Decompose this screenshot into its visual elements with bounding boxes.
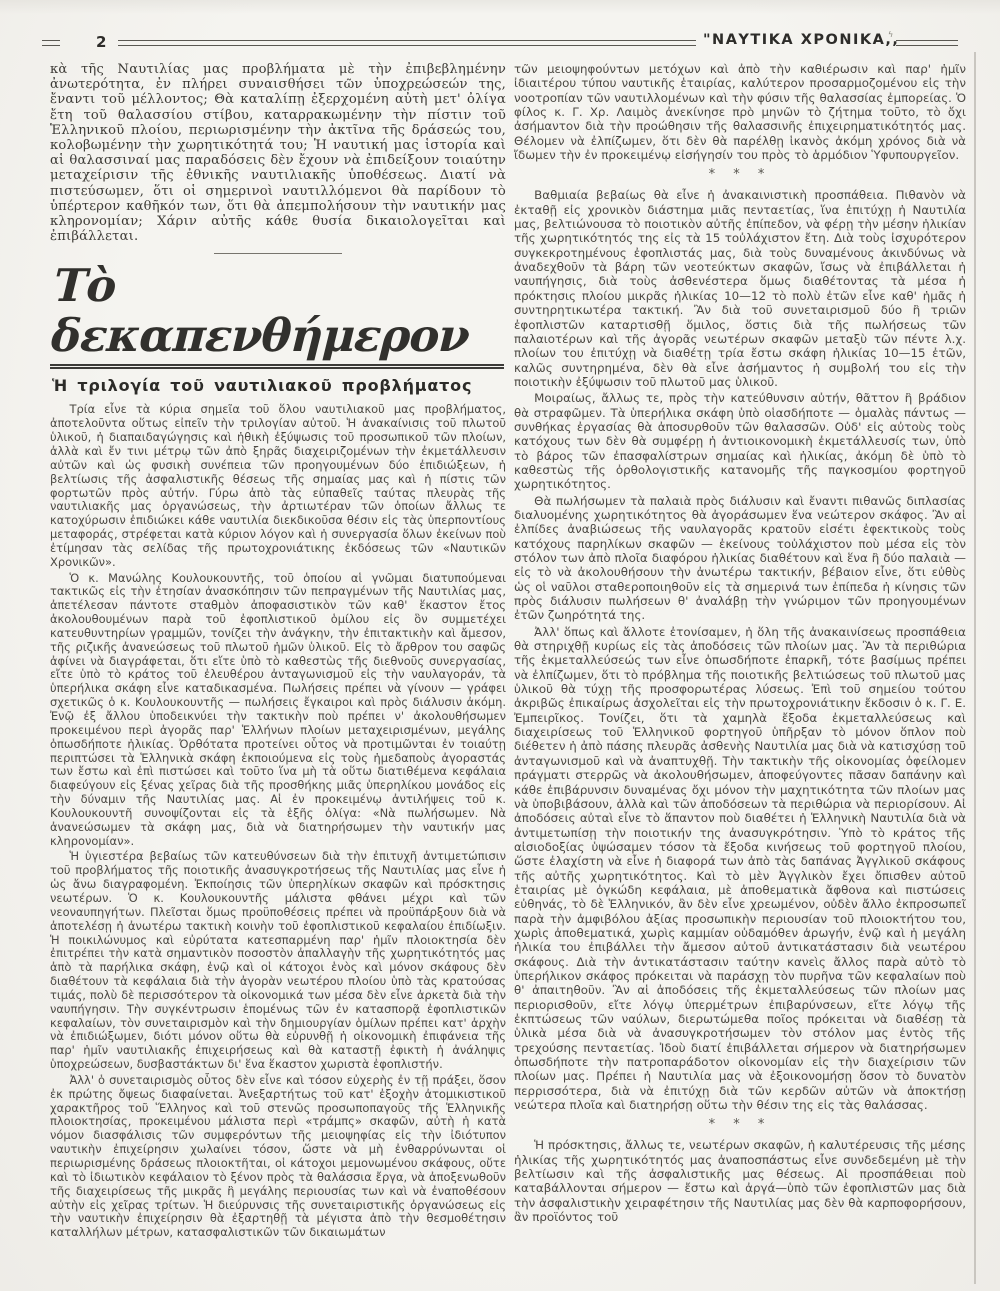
article-paragraph: Θὰ πωλήσωμεν τὰ παλαιὰ πρὸς διάλυσιν καὶ…: [514, 494, 966, 623]
article-paragraph: Βαθμιαία βεβαίως θὰ εἶνε ἡ ἀνακαινιστικὴ…: [514, 188, 966, 389]
section-separator-stars: * * *: [514, 168, 966, 182]
header-rule-right: [896, 40, 958, 46]
right-column-body: τῶν μειοψηφούντων μετόχων καὶ ἀπὸ τὴν κα…: [514, 62, 966, 1224]
scan-shadow: [0, 0, 1000, 14]
left-column-body: Τρία εἶνε τὰ κύρια σημεῖα τοῦ ὅλου ναυτι…: [50, 403, 506, 1240]
right-column: τῶν μειοψηφούντων μετόχων καὶ ἀπὸ τὴν κα…: [514, 62, 966, 1284]
article-paragraph: Ὁ κ. Μανώλης Κουλουκουντῆς, τοῦ ὁποίου α…: [50, 572, 506, 849]
article-paragraph: Ἀλλ' ὅπως καὶ ἄλλοτε ἐτονίσαμεν, ἡ ὅλη τ…: [514, 625, 966, 1113]
article-subtitle: Ἡ τριλογία τοῦ ναυτιλιακοῦ προβλήματος: [52, 376, 506, 395]
article-paragraph: Ἀλλ' ὁ συνεταιρισμὸς οὗτος δὲν εἶνε καὶ …: [50, 1074, 506, 1240]
scan-page-edge-line: [974, 52, 976, 1284]
article-paragraph: Τρία εἶνε τὰ κύρια σημεῖα τοῦ ὅλου ναυτι…: [50, 403, 506, 569]
section-separator-stars: * * *: [514, 1118, 966, 1132]
article-paragraph: Μοιραίως, ἄλλως τε, πρὸς τὴν κατεύθυνσιν…: [514, 391, 966, 491]
title-underline-bar: [50, 364, 504, 369]
intro-paragraph: κὰ τῆς Ναυτιλίας μας προβλήματα μὲ τὴν ἐ…: [50, 62, 506, 244]
intro-end-rule: [214, 253, 342, 254]
masthead-mark: ϟ: [888, 30, 893, 39]
header-rule-main: [118, 40, 696, 46]
left-column: κὰ τῆς Ναυτιλίας μας προβλήματα μὲ τὴν ἐ…: [50, 62, 506, 1284]
column-title-script: Τὸ δεκαπενθήμερον: [50, 261, 506, 361]
header-rule-left: [42, 40, 60, 46]
masthead-title: "ΝΑΥΤΙΚΑ ΧΡΟΝΙΚΑ,,: [703, 32, 899, 48]
article-paragraph: τῶν μειοψηφούντων μετόχων καὶ ἀπὸ τὴν κα…: [514, 62, 966, 162]
page-number: 2: [96, 33, 106, 51]
magazine-page: 2 "ΝΑΥΤΙΚΑ ΧΡΟΝΙΚΑ,, ϟ κὰ τῆς Ναυτιλίας …: [0, 0, 1000, 1291]
article-paragraph: Ἡ πρόσκτησις, ἄλλως τε, νεωτέρων σκαφῶν,…: [514, 1138, 966, 1224]
article-paragraph: Ἡ ὑγιεστέρα βεβαίως τῶν κατευθύνσεων διὰ…: [50, 850, 506, 1072]
